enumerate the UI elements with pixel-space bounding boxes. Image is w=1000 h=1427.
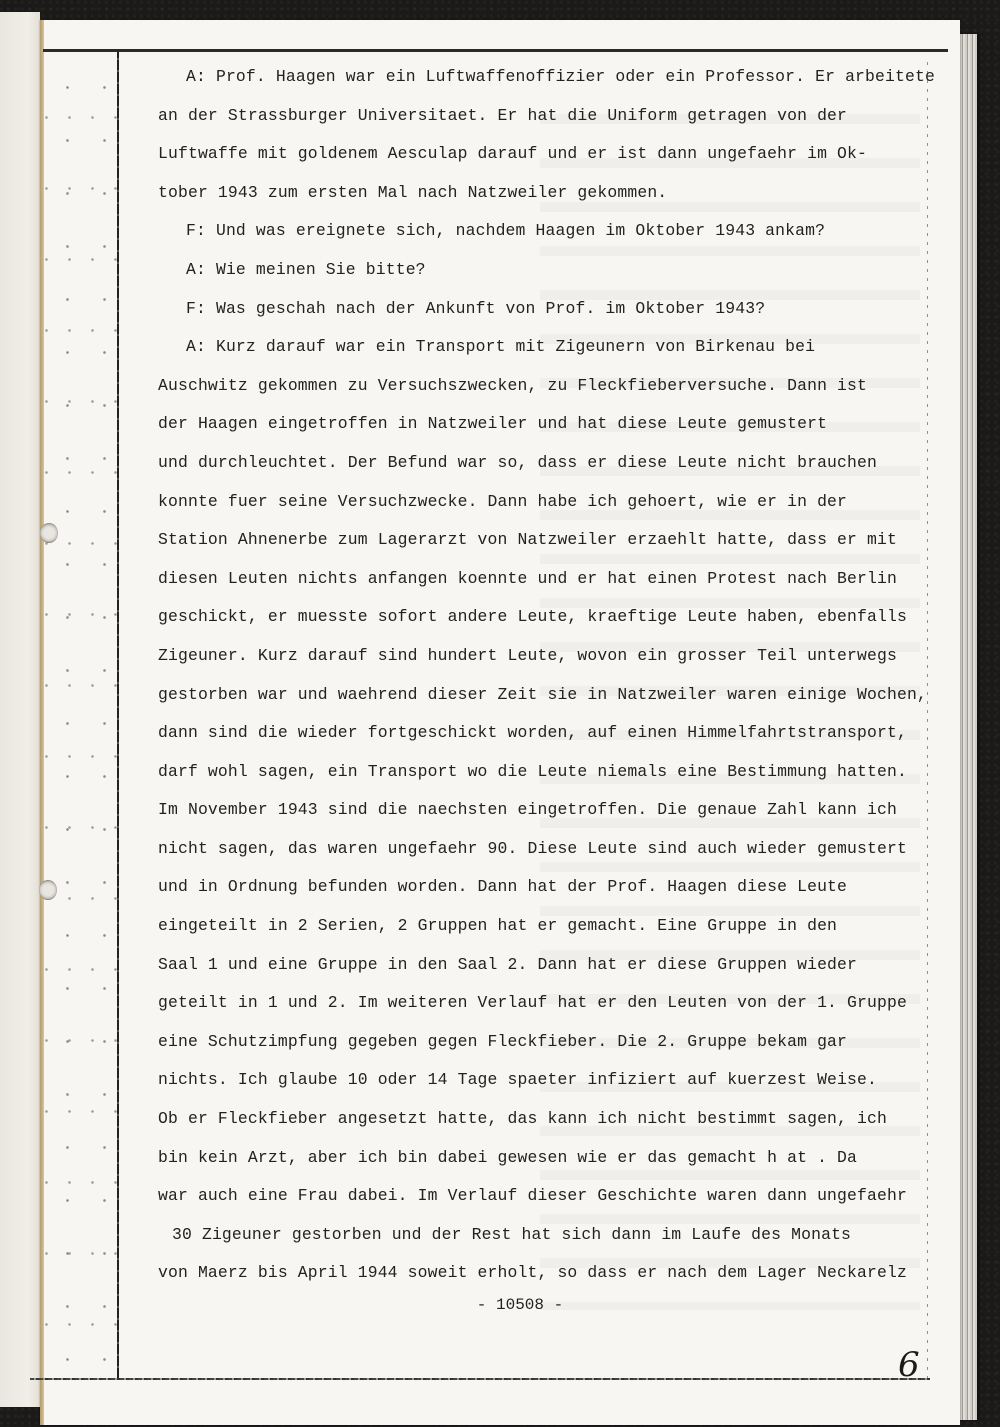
page-footer-number: - 10508 - [0, 1296, 1000, 1314]
transcript-line: der Haagen eingetroffen in Natzweiler un… [158, 405, 918, 444]
top-rule-line [43, 49, 948, 52]
transcript-line: von Maerz bis April 1944 soweit erholt, … [158, 1254, 918, 1293]
transcript-line: darf wohl sagen, ein Transport wo die Le… [158, 753, 918, 792]
transcript-line: gestorben war und waehrend dieser Zeit s… [158, 676, 918, 715]
transcript-line: Im November 1943 sind die naechsten eing… [158, 791, 918, 830]
transcript-line: war auch eine Frau dabei. Im Verlauf die… [158, 1177, 918, 1216]
transcript-line: nichts. Ich glaube 10 oder 14 Tage spaet… [158, 1061, 918, 1100]
transcript-line: konnte fuer seine Versuchzwecke. Dann ha… [158, 483, 918, 522]
transcript-line: und durchleuchtet. Der Befund war so, da… [158, 444, 918, 483]
transcript-line: Station Ahnenerbe zum Lagerarzt von Natz… [158, 521, 918, 560]
transcript-line: geschickt, er muesste sofort andere Leut… [158, 598, 918, 637]
bottom-rule-line [30, 1378, 930, 1380]
transcript-line: an der Strassburger Universitaet. Er hat… [158, 97, 918, 136]
transcript-line: 30 Zigeuner gestorben und der Rest hat s… [158, 1216, 918, 1255]
transcript-line: und in Ordnung befunden worden. Dann hat… [158, 868, 918, 907]
transcript-line: eingeteilt in 2 Serien, 2 Gruppen hat er… [158, 907, 918, 946]
transcript-line: tober 1943 zum ersten Mal nach Natzweile… [158, 174, 918, 213]
transcript-line: Saal 1 und eine Gruppe in den Saal 2. Da… [158, 946, 918, 985]
right-margin-rule [927, 62, 928, 1380]
transcript-line: Zigeuner. Kurz darauf sind hundert Leute… [158, 637, 918, 676]
transcript-line: dann sind die wieder fortgeschickt worde… [158, 714, 918, 753]
punch-hole-icon [40, 523, 58, 543]
punch-hole-icon [39, 880, 57, 900]
left-margin-rule [117, 52, 119, 1380]
transcript-line: F: Und was ereignete sich, nachdem Haage… [158, 212, 918, 251]
transcript-line: A: Prof. Haagen war ein Luftwaffenoffizi… [158, 58, 918, 97]
transcript-line: F: Was geschah nach der Ankunft von Prof… [158, 290, 918, 329]
transcript-line: diesen Leuten nichts anfangen koennte un… [158, 560, 918, 599]
handwritten-page-number: 6 [898, 1345, 920, 1385]
transcript-line: Ob er Fleckfieber angesetzt hatte, das k… [158, 1100, 918, 1139]
transcript-line: eine Schutzimpfung gegeben gegen Fleckfi… [158, 1023, 918, 1062]
transcript-line: Luftwaffe mit goldenem Aesculap darauf u… [158, 135, 918, 174]
transcript-line: bin kein Arzt, aber ich bin dabei gewese… [158, 1139, 918, 1178]
transcript-line: nicht sagen, das waren ungefaehr 90. Die… [158, 830, 918, 869]
transcript-line: A: Wie meinen Sie bitte? [158, 251, 918, 290]
photocopy-specks [44, 52, 117, 1380]
transcript-line: A: Kurz darauf war ein Transport mit Zig… [158, 328, 918, 367]
transcript-body: A: Prof. Haagen war ein Luftwaffenoffizi… [158, 58, 918, 1293]
previous-page-edge [0, 12, 40, 1407]
transcript-line: geteilt in 1 und 2. Im weiteren Verlauf … [158, 984, 918, 1023]
transcript-line: Auschwitz gekommen zu Versuchszwecken, z… [158, 367, 918, 406]
